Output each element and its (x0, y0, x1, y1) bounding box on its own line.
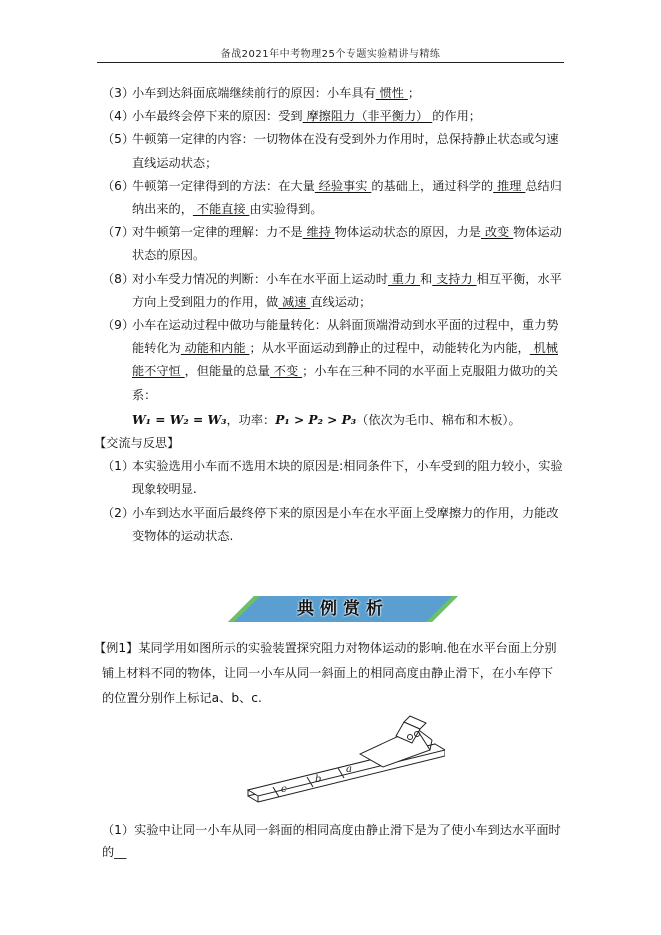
reflection-item-1: （1） 本实验选用小车而不选用木块的原因是:相同条件下，小车受到的阻力较小，实验… (102, 455, 564, 501)
blank-answer: 改变 (481, 225, 513, 239)
summary-item-7: （7） 对牛顿第一定律的理解：力不是 维持 物体运动状态的原因，力是 改变 物体… (102, 221, 564, 267)
reflection-heading: 【交流与反思】 (94, 432, 564, 455)
work-formula: W₁ = W₂ = W₃ (132, 413, 226, 427)
blank-answer: 减速 (278, 295, 310, 309)
item-number: （9） (102, 314, 134, 337)
blank-answer: 不变 (270, 364, 302, 378)
blank-answer: 重力 (388, 272, 420, 286)
item-number: （7） (102, 221, 134, 244)
power-formula: P₁ > P₂ > P₃ (275, 413, 356, 427)
summary-item-9: （9） 小车在运动过程中做功与能量转化：从斜面顶端滑动到水平面的过程中，重力势能… (102, 314, 564, 432)
formula-line: W₁ = W₂ = W₃，功率：P₁ > P₂ > P₃（依次为毛巾、棉布和木板… (132, 407, 564, 432)
header-divider (97, 62, 564, 63)
blank-answer: 维持 (303, 225, 335, 239)
item-number: （1） (102, 823, 134, 837)
blank-answer: 推理 (493, 179, 525, 193)
blank-answer: 支持力 (432, 272, 476, 286)
item-number: （2） (102, 502, 134, 525)
blank-answer: 惯性 (376, 86, 408, 100)
reflection-item-2: （2） 小车到达水平面后最终停下来的原因是小车在水平面上受摩擦力的作用，力能改变… (102, 502, 564, 548)
blank-answer: 不能直接 (193, 202, 250, 216)
blank-answer: 动能和内能 (181, 341, 250, 355)
summary-item-6: （6） 牛顿第一定律得到的方法：在大量 经验事实 的基础上，通过科学的 推理 总… (102, 175, 564, 221)
mark-a: a (346, 764, 352, 775)
ramp-experiment-figure: a b c (240, 712, 445, 812)
blank-answer: 摩擦阻力（非平衡力） (303, 109, 433, 123)
page-header: 备战2021年中考物理25个专题实验精讲与精练 (97, 45, 564, 63)
summary-list: （3） 小车到达斜面底端继续前行的原因：小车具有 惯性 ； （4） 小车最终会停… (102, 82, 564, 548)
banner-title: 典例赏析 (228, 596, 458, 622)
example-label: 【例1】 (94, 641, 138, 655)
mark-b: b (315, 774, 321, 785)
item-number: （1） (102, 455, 134, 478)
sub-question-1: （1）实验中让同一小车从同一斜面的相同高度由静止滑下是为了使小车到达水平面时的_… (102, 819, 572, 863)
section-banner: 典例赏析 (228, 596, 458, 622)
blank-answer: 经验事实 (315, 179, 372, 193)
item-number: （8） (102, 268, 134, 291)
summary-item-3: （3） 小车到达斜面底端继续前行的原因：小车具有 惯性 ； (102, 82, 564, 105)
summary-item-5: （5） 牛顿第一定律的内容：一切物体在没有受到外力作用时，总保持静止状态或匀速直… (102, 128, 564, 174)
summary-item-4: （4） 小车最终会停下来的原因：受到 摩擦阻力（非平衡力） 的作用； (102, 105, 564, 128)
mark-c: c (281, 784, 287, 795)
summary-item-8: （8） 对小车受力情况的判断：小车在水平面上运动时 重力 和 支持力 相互平衡，… (102, 268, 564, 314)
item-number: （4） (102, 105, 134, 128)
item-number: （5） (102, 128, 134, 151)
item-number: （6） (102, 175, 134, 198)
example-problem: 【例1】某同学用如图所示的实验装置探究阻力对物体运动的影响.他在水平台面上分别铺… (102, 636, 564, 711)
item-number: （3） (102, 82, 134, 105)
